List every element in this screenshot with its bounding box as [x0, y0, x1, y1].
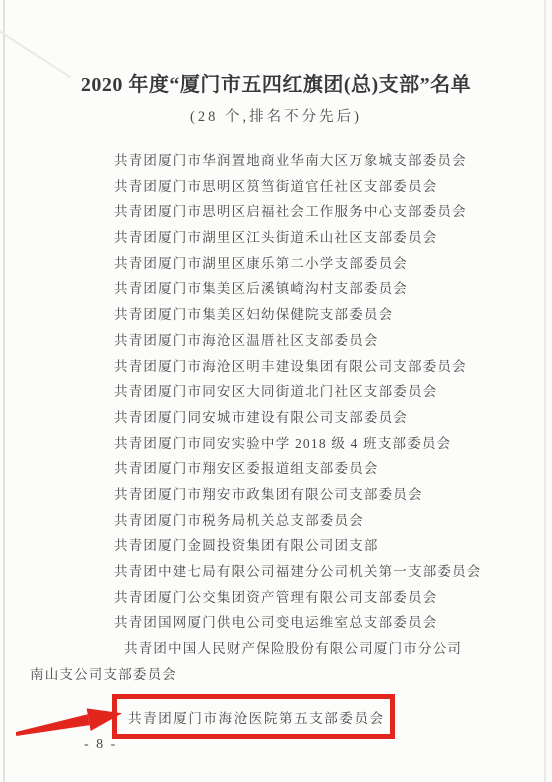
page-number: - 8 - [84, 737, 117, 753]
list-item: 共青团厦门市同安区大同街道北门社区支部委员会 [0, 379, 552, 405]
list-item: 共青团厦门市思明区筼筜街道官任社区支部委员会 [0, 174, 552, 200]
list-item: 共青团厦门市华润置地商业华南大区万象城支部委员会 [0, 148, 552, 174]
page-subtitle: (28 个,排名不分先后) [0, 105, 552, 126]
page-title: 2020 年度“厦门市五四红旗团(总)支部”名单 [0, 68, 552, 97]
wrapped-entry: 共青团中国人民财产保险股份有限公司厦门市分公司 南山支公司支部委员会 [0, 636, 552, 687]
list-item: 共青团厦门市税务局机关总支部委员会 [0, 508, 552, 534]
highlight-box: 共青团厦门市海沧医院第五支部委员会 [112, 694, 395, 739]
red-arrow-head [87, 702, 124, 731]
list-item-wrapped-line2: 南山支公司支部委员会 [0, 662, 552, 688]
list-item: 共青团厦门市海沧区明丰建设集团有限公司支部委员会 [0, 354, 552, 380]
list-item: 共青团厦门市集美区后溪镇崎沟村支部委员会 [0, 276, 552, 302]
list-item: 共青团厦门市湖里区康乐第二小学支部委员会 [0, 251, 552, 277]
award-list: 共青团厦门市华润置地商业华南大区万象城支部委员会共青团厦门市思明区筼筜街道官任社… [0, 148, 552, 636]
list-item: 共青团中建七局有限公司福建分公司机关第一支部委员会 [0, 559, 552, 585]
list-item: 共青团厦门市湖里区江头街道禾山社区支部委员会 [0, 225, 552, 251]
red-arrow-shaft [16, 714, 90, 738]
list-item: 共青团厦门市翔安市政集团有限公司支部委员会 [0, 482, 552, 508]
list-item: 共青团厦门金圆投资集团有限公司团支部 [0, 533, 552, 559]
list-item: 共青团厦门市集美区妇幼保健院支部委员会 [0, 302, 552, 328]
list-item: 共青团厦门同安城市建设有限公司支部委员会 [0, 405, 552, 431]
list-item: 共青团厦门市思明区启福社会工作服务中心支部委员会 [0, 199, 552, 225]
list-item: 共青团厦门市同安实验中学 2018 级 4 班支部委员会 [0, 431, 552, 457]
list-item: 共青团厦门公交集团资产管理有限公司支部委员会 [0, 585, 552, 611]
list-item: 共青团厦门市翔安区委报道组支部委员会 [0, 456, 552, 482]
list-item: 共青团厦门市海沧区温厝社区支部委员会 [0, 328, 552, 354]
list-item-wrapped-line1: 共青团中国人民财产保险股份有限公司厦门市分公司 [0, 636, 552, 662]
scanned-document-page: { "document": { "title": "2020 年度“厦门市五四红… [0, 0, 552, 782]
highlighted-list-item: 共青团厦门市海沧医院第五支部委员会 [128, 707, 385, 727]
list-item: 共青团国网厦门供电公司变电运维室总支部委员会 [0, 610, 552, 636]
